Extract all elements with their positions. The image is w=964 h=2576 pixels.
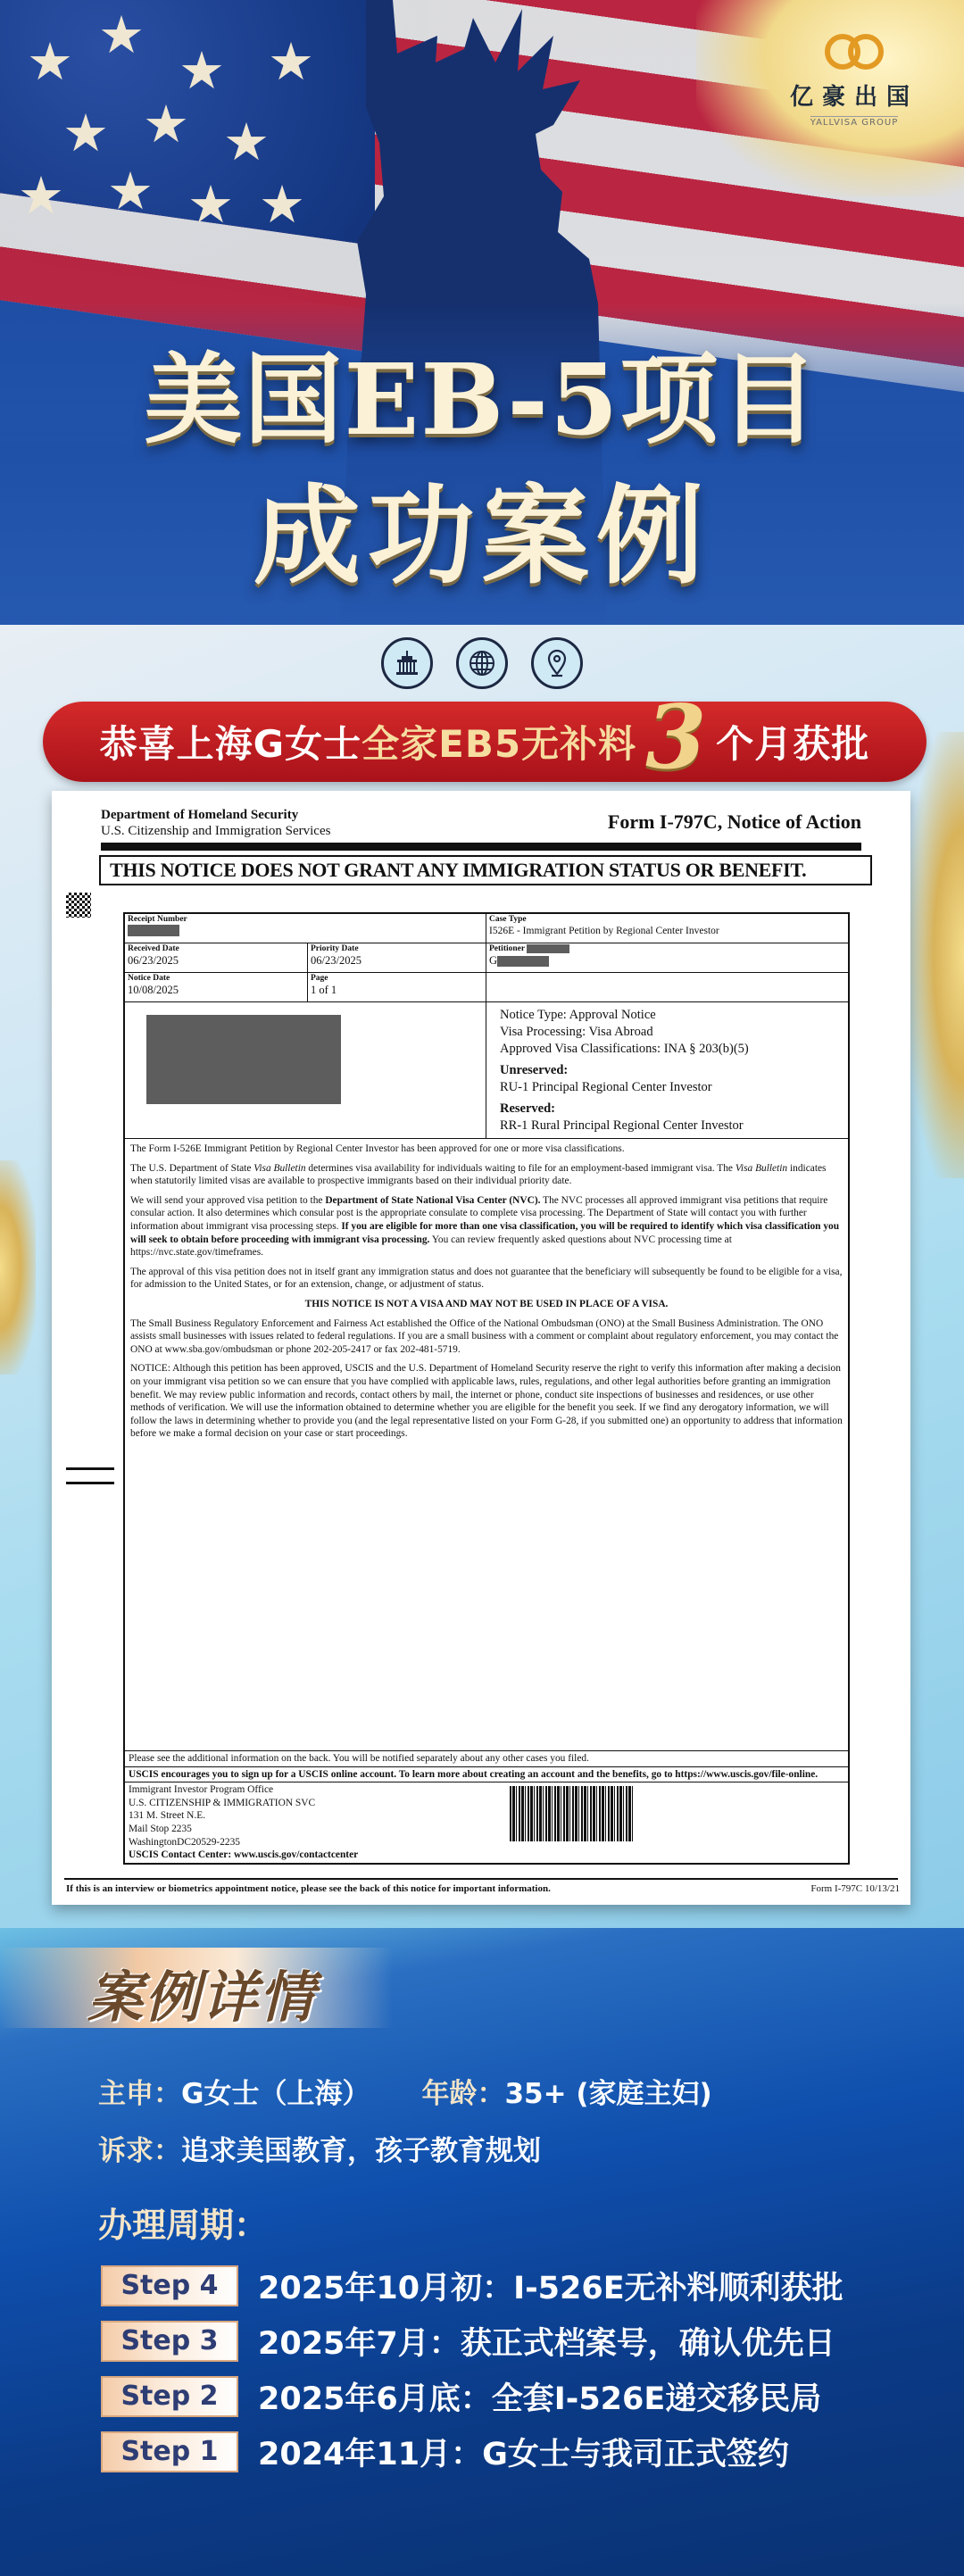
location-pin-icon (531, 637, 583, 689)
contact-center: USCIS Contact Center: www.uscis.gov/cont… (129, 1849, 358, 1862)
process-title: 办理周期： (98, 2198, 268, 2247)
building-icon (381, 637, 433, 689)
logo-name: 亿豪出国 (769, 79, 939, 112)
redacted-petitioner-id (527, 944, 569, 953)
timeline-step: Step 3 2025年7月：获正式档案号，确认优先日 (101, 2319, 835, 2364)
case-type-label: Case Type (489, 915, 845, 925)
banner-highlight: 全家EB5无补料 (361, 715, 636, 769)
received-date-cell: Received Date 06/23/2025 (125, 943, 308, 972)
footer-rule (64, 1878, 898, 1880)
brand-logo: 亿豪出国 YALLVISA GROUP (769, 34, 939, 129)
details-title: 案例详情 (87, 1953, 316, 2032)
case-type-value: I526E - Immigrant Petition by Regional C… (489, 925, 845, 938)
priority-date-cell: Priority Date 06/23/2025 (308, 943, 486, 972)
notice-bottom: Please see the additional information on… (125, 1751, 848, 1863)
notice-date-cell: Notice Date 10/08/2025 (125, 973, 308, 1001)
address-cell (125, 1002, 486, 1138)
applicant-label: 主申： (98, 2078, 181, 2110)
timeline-step: Step 1 2024年11月：G女士与我司正式签约 (101, 2430, 789, 2474)
star-icon: ★ (62, 107, 109, 159)
status-warning: THIS NOTICE DOES NOT GRANT ANY IMMIGRATI… (99, 855, 872, 885)
step-badge: Step 4 (101, 2265, 238, 2306)
hero-title-line1: 美国EB-5项目 (0, 321, 964, 462)
star-icon: ★ (18, 170, 64, 221)
notice-details: Notice Type: Approval Notice Visa Proces… (489, 1003, 845, 1138)
approved-classifications: Approved Visa Classifications: INA § 203… (500, 1041, 835, 1058)
body-paragraph: We will send your approved visa petition… (130, 1194, 843, 1259)
reserved-value: RR-1 Rural Principal Regional Center Inv… (500, 1118, 835, 1134)
redacted-receipt-number (128, 925, 179, 936)
notice-details-cell: Notice Type: Approval Notice Visa Proces… (486, 1002, 848, 1138)
not-a-visa-notice: THIS NOTICE IS NOT A VISA AND MAY NOT BE… (130, 1298, 843, 1311)
unreserved-value: RU-1 Principal Regional Center Investor (500, 1079, 835, 1096)
receipt-number-label: Receipt Number (128, 915, 483, 925)
gold-foil-decoration (0, 1160, 36, 1375)
notice-grid: Receipt Number Case Type I526E - Immigra… (123, 912, 850, 1865)
star-icon: ★ (98, 9, 145, 61)
star-icon: ★ (107, 165, 154, 217)
logo-rings-icon (823, 34, 885, 73)
page-label: Page (311, 974, 483, 984)
office-address-block: Immigrant Investor Program Office U.S. C… (125, 1782, 848, 1863)
congratulations-banner: 恭喜上海G女士 全家EB5无补料 3 个月获批 (43, 702, 927, 782)
logo-subtitle: YALLVISA GROUP (810, 116, 898, 128)
notice-body-row: The Form I-526E Immigrant Petition by Re… (125, 1139, 848, 1751)
age-value: 35+ (家庭主妇) (504, 2078, 711, 2110)
page-value: 1 of 1 (311, 984, 483, 997)
gold-foil-decoration (910, 732, 964, 1178)
notice-date-label: Notice Date (128, 974, 304, 984)
case-type-cell: Case Type I526E - Immigrant Petition by … (486, 914, 848, 943)
priority-date-label: Priority Date (311, 944, 483, 954)
page-cell: Page 1 of 1 (308, 973, 486, 1001)
notice-date-value: 10/08/2025 (128, 984, 304, 997)
timeline-step: Step 4 2025年10月初：I-526E无补料顺利获批 (101, 2264, 843, 2308)
address-line: Immigrant Investor Program Office (129, 1783, 358, 1797)
timeline-step: Step 2 2025年6月底：全套I-526E递交移民局 (101, 2374, 821, 2419)
step-text: 2024年11月：G女士与我司正式签约 (258, 2430, 789, 2474)
hero-title-line2: 成功案例 (0, 451, 964, 604)
visa-processing: Visa Processing: Visa Abroad (500, 1024, 835, 1041)
empty-cell (486, 973, 848, 1001)
body-paragraph: The Small Business Regulatory Enforcemen… (130, 1317, 843, 1357)
feature-icons-row (0, 637, 964, 689)
body-paragraph: The U.S. Department of State Visa Bullet… (130, 1162, 843, 1188)
barcode-icon (510, 1786, 635, 1841)
received-date-value: 06/23/2025 (128, 954, 304, 968)
applicant-info: 主申：G女士（上海）年龄：35+ (家庭主妇) (98, 2071, 712, 2111)
step-text: 2025年10月初：I-526E无补料顺利获批 (258, 2264, 843, 2308)
age-label: 年龄： (421, 2078, 504, 2110)
body-paragraph: NOTICE: Although this petition has been … (130, 1362, 843, 1441)
star-icon: ★ (223, 116, 270, 168)
address-line: 131 M. Street N.E. (129, 1809, 358, 1823)
petitioner-cell: Petitioner G (486, 943, 848, 972)
petitioner-initial: G (489, 954, 497, 967)
address-line: WashingtonDC20529-2235 (129, 1836, 358, 1849)
agency-header: Department of Homeland Security U.S. Cit… (101, 807, 330, 839)
star-icon: ★ (259, 179, 305, 230)
priority-date-value: 06/23/2025 (311, 954, 483, 968)
agency-uscis: U.S. Citizenship and Immigration Service… (101, 823, 330, 839)
step-badge: Step 3 (101, 2321, 238, 2362)
datamatrix-code-icon (66, 893, 91, 918)
applicant-value: G女士（上海） (181, 2078, 370, 2110)
additional-info-line: Please see the additional information on… (125, 1751, 848, 1767)
globe-icon (456, 637, 508, 689)
banner-months-number: 3 (645, 694, 707, 782)
notice-type: Notice Type: Approval Notice (500, 1007, 835, 1024)
agency-dhs: Department of Homeland Security (101, 807, 330, 823)
body-paragraph: The Form I-526E Immigrant Petition by Re… (130, 1143, 843, 1156)
received-date-label: Received Date (128, 944, 304, 954)
address-line: U.S. CITIZENSHIP & IMMIGRATION SVC (129, 1797, 358, 1810)
step-badge: Step 1 (101, 2431, 238, 2472)
form-title: Form I-797C, Notice of Action (608, 810, 861, 834)
petitioner-label: Petitioner (489, 944, 525, 953)
i797c-approval-notice: Department of Homeland Security U.S. Cit… (52, 791, 910, 1905)
reserved-label: Reserved: (500, 1101, 835, 1118)
goal-info: 诉求：追求美国教育，孩子教育规划 (98, 2128, 541, 2168)
star-icon: ★ (27, 36, 73, 87)
footer-note: If this is an interview or biometrics ap… (66, 1883, 551, 1894)
step-badge: Step 2 (101, 2376, 238, 2417)
redacted-address (146, 1015, 341, 1104)
goal-value: 追求美国教育，孩子教育规划 (181, 2135, 541, 2167)
star-icon: ★ (268, 36, 314, 87)
body-paragraph: The approval of this visa petition does … (130, 1266, 843, 1292)
address-line: Mail Stop 2235 (129, 1823, 358, 1836)
online-account-line: USCIS encourages you to sign up for a US… (125, 1767, 848, 1783)
fold-marks (66, 1467, 114, 1496)
goal-label: 诉求： (98, 2135, 181, 2167)
star-icon: ★ (143, 98, 189, 150)
receipt-number-cell: Receipt Number (125, 914, 486, 943)
redacted-petitioner-name (497, 956, 549, 967)
banner-text-1: 恭喜上海G女士 (100, 715, 361, 769)
banner-text-2: 个月获批 (716, 715, 869, 769)
step-text: 2025年7月：获正式档案号，确认优先日 (258, 2319, 835, 2364)
star-icon: ★ (187, 179, 234, 230)
star-icon: ★ (179, 45, 225, 96)
form-version: Form I-797C 10/13/21 (810, 1883, 900, 1894)
header-rule (101, 843, 861, 851)
unreserved-label: Unreserved: (500, 1062, 835, 1079)
notice-body: The Form I-526E Immigrant Petition by Re… (125, 1139, 848, 1750)
step-text: 2025年6月底：全套I-526E递交移民局 (258, 2374, 821, 2419)
